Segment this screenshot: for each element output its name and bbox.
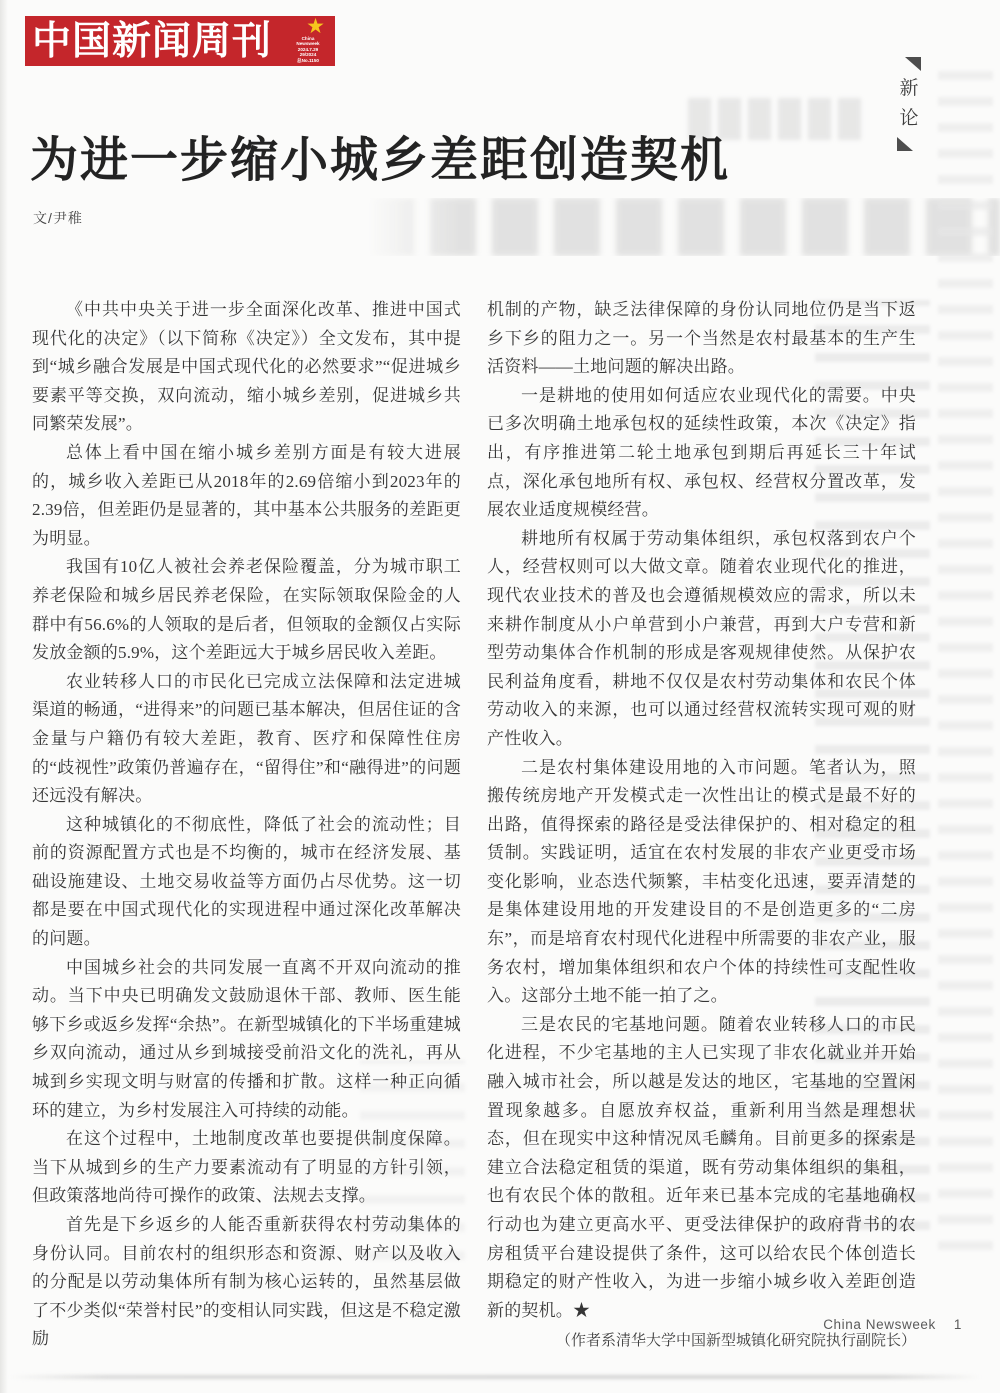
paragraph: 首先是下乡返乡的人能否重新获得农村劳动集体的身份认同。目前农村的组织形态和资源、…: [32, 1211, 461, 1354]
magazine-page: 中国新闻周刊 ★ China Newsweek 2024.7.29 29/202…: [0, 0, 1000, 1393]
page-number: 1: [954, 1317, 962, 1332]
bleed-through-ghost-text: [938, 70, 993, 1250]
paragraph: 这种城镇化的不彻底性，降低了社会的流动性；目前的资源配置方式也是不均衡的，城市在…: [32, 811, 461, 954]
article-body-left-column: 《中共中央关于进一步全面深化改革、推进中国式现代化的决定》（以下简称《决定》）全…: [32, 296, 461, 1354]
journal-name: China Newsweek: [823, 1317, 936, 1332]
paragraph: 一是耕地的使用如何适应农业现代化的需要。中央已多次明确土地承包权的延续性政策，本…: [487, 382, 916, 525]
paragraph: 农业转移人口的市民化已完成立法保障和法定进城渠道的畅通，“进得来”的问题已基本解…: [32, 668, 461, 811]
paragraph: 我国有10亿人被社会养老保险覆盖，分为城市职工养老保险和城乡居民养老保险，在实际…: [32, 553, 461, 667]
page-footer: China Newsweek 1: [823, 1317, 962, 1332]
article-byline: 文/尹稚: [33, 208, 83, 228]
triangle-icon: [905, 57, 921, 71]
paragraph: 中国城乡社会的共同发展一直离不开双向流动的推动。当下中央已明确发文鼓励退休干部、…: [32, 954, 461, 1126]
logo-issue-info: China Newsweek 2024.7.29 29/2024 总No.115…: [285, 36, 331, 63]
paragraph: 三是农民的宅基地问题。随着农业转移人口的市民化进程，不少宅基地的主人已实现了非农…: [487, 1011, 916, 1326]
paragraph: 总体上看中国在缩小城乡差别方面是有较大进展的，城乡收入差距已从2018年的2.6…: [32, 439, 461, 553]
article-title: 为进一步缩小城乡差距创造契机: [30, 133, 970, 188]
masthead-logo: 中国新闻周刊 ★ China Newsweek 2024.7.29 29/202…: [25, 16, 335, 66]
page-edge-shadow: [10, 1375, 980, 1379]
star-icon: ★: [306, 16, 325, 37]
page-edge-shade: [0, 0, 8, 1393]
section-tab-char: 论: [899, 107, 918, 131]
paragraph: 机制的产物，缺乏法律保障的身份认同地位仍是当下返乡下乡的阻力之一。另一个当然是农…: [487, 296, 916, 382]
paragraph: 在这个过程中，土地制度改革也要提供制度保障。当下从城到乡的生产力要素流动有了明显…: [32, 1125, 461, 1211]
paragraph: 耕地所有权属于劳动集体组织，承包权落到农户个人，经营权则可以大做文章。随着农业现…: [487, 525, 916, 754]
article-body-right-column: 机制的产物，缺乏法律保障的身份认同地位仍是当下返乡下乡的阻力之一。另一个当然是农…: [487, 296, 916, 1356]
logo-issue-line: 总No.1150: [285, 58, 331, 63]
logo-title: 中国新闻周刊: [25, 22, 272, 61]
paragraph: 《中共中央关于进一步全面深化改革、推进中国式现代化的决定》（以下简称《决定》）全…: [32, 296, 461, 439]
bleed-through-ghost-headline: [368, 198, 1000, 256]
section-tab-char: 新: [899, 77, 918, 101]
paragraph: 二是农村集体建设用地的入市问题。笔者认为，照搬传统房地产开发模式走一次性出让的模…: [487, 754, 916, 1011]
